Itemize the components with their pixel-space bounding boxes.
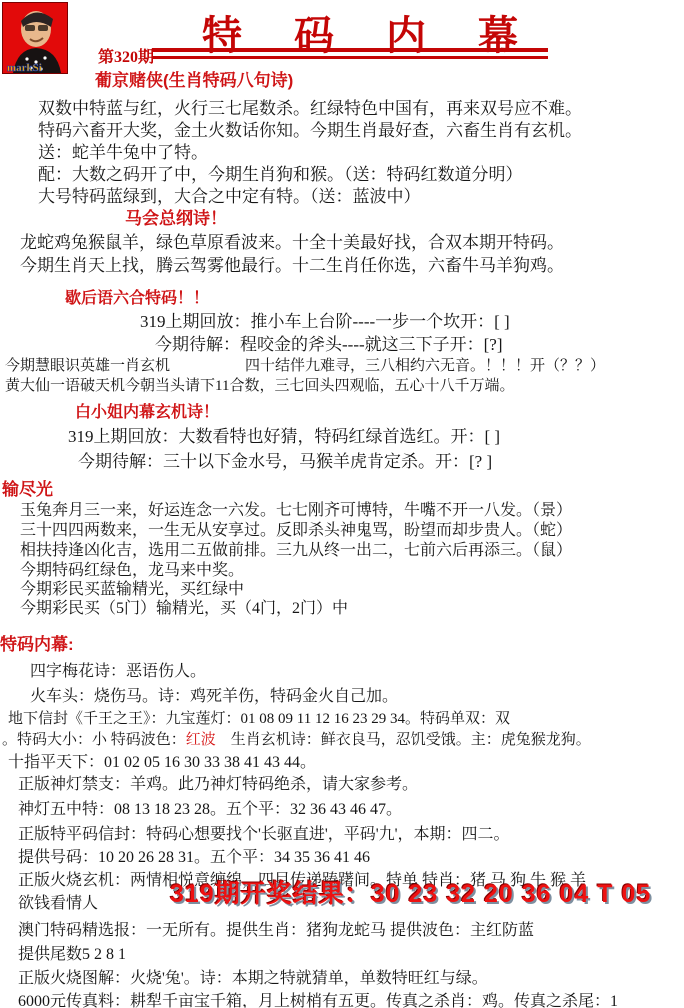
title-underline xyxy=(152,48,548,59)
neimu-dixia: 地下信封《千王之王》：九宝莲灯：01 08 09 11 12 16 23 29 … xyxy=(8,707,510,728)
daxiao-suffix: 生肖玄机诗：鲜衣良马，忍饥受饿。主：虎兔猴龙狗。 xyxy=(216,732,591,748)
section-mahui-heading: 马会总纲诗！ xyxy=(125,204,227,229)
xiehouyu-hint-2: 黄大仙一语破天机今朝当头请下11合数，三七回头四观临，五心十八千万端。 xyxy=(5,374,514,395)
draw-result-banner: 319期开奖结果：30 23 32 20 36 04 T 05 xyxy=(170,874,651,910)
baixiaojie-current: 今期待解：三十以下金水号，马猴羊虎肯定杀。开：[? ] xyxy=(78,447,492,472)
bose-value: 红波 xyxy=(186,732,216,748)
neimu-meihua: 四字梅花诗：恶语伤人。 xyxy=(30,658,206,681)
neimu-aomen: 澳门特码精选报：一无所有。提供生肖：猪狗龙蛇马 提供波色：主红防蓝 xyxy=(18,917,534,940)
section-neimu-heading: 特码内幕: xyxy=(0,630,74,655)
tip-sheet-page: { "header": { "logo": "markSi", "issue":… xyxy=(0,0,684,1008)
neimu-yuqian: 欲钱看情人 xyxy=(18,890,98,913)
neimu-tigong: 提供号码：10 20 26 28 31。五个平：34 35 36 41 46 xyxy=(18,844,370,867)
issue-number: 第320期 xyxy=(98,44,154,67)
neimu-tujie: 正版火烧图解：火烧'兔'。诗：本期之特就猜单，单数特旺红与绿。 xyxy=(18,965,488,988)
neimu-huochetou: 火车头：烧伤马。诗：鸡死羊伤，特码金火自己加。 xyxy=(30,683,398,706)
daxiao-prefix: 。特码大小：小 特码波色： xyxy=(2,732,186,748)
neimu-tepingma: 正版特平码信封：特码心想要找个'长驱直进'，平码'九'，本期：四二。 xyxy=(18,821,510,844)
neimu-shendeng-wu: 神灯五中特：08 13 18 23 28。五个平：32 36 43 46 47。 xyxy=(18,796,402,819)
neimu-daxiao: 。特码大小：小 特码波色：红波 生肖玄机诗：鲜衣良马，忍饥受饿。主：虎兔猴龙狗。 xyxy=(2,728,591,749)
section-baixiaojie-heading: 白小姐内幕玄机诗！ xyxy=(75,399,219,422)
neimu-shendeng-jin: 正版神灯禁支：羊鸡。此乃神灯特码绝杀，请大家参考。 xyxy=(18,771,418,794)
neimu-chuanzhen: 6000元传真料：耕犁千亩宝千箱，月上树梢有五更。传真之杀肖：鸡。传真之杀尾：1 xyxy=(18,988,618,1008)
section-xiehouyu-heading: 歇后语六合特码！！ xyxy=(65,285,209,308)
neimu-weishu: 提供尾数5 2 8 1 xyxy=(18,941,126,964)
baixiaojie-prev: 319上期回放：大数看特也好猜，特码红绿首选红。开：[ ] xyxy=(68,422,500,447)
masthead-logo: markSi xyxy=(2,2,68,74)
shujinguang-line: 今期彩民买（5门）输精光，买（4门，2门）中 xyxy=(20,595,348,618)
mahui-line: 今期生肖天上找，腾云驾雾他最行。十二生肖任你选，六畜牛马羊狗鸡。 xyxy=(20,251,564,276)
xiehouyu-hint-1: 今期慧眼识英雄一肖玄机 四十结伴九难寻，三八相约六无音。！！！开（？？） xyxy=(5,354,605,375)
xiehouyu-current: 今期待解：程咬金的斧头----就这三下子开：[?] xyxy=(155,330,503,355)
man-portrait-icon: markSi xyxy=(3,3,67,73)
xiehouyu-prev: 319上期回放：推小车上台阶----一步一个坎开：[ ] xyxy=(140,307,510,332)
pujing-line: 大号特码蓝绿到，大合之中定有特。（送：蓝波中） xyxy=(38,182,421,207)
neimu-shizhi: 十指平天下：01 02 05 16 30 33 38 41 43 44。 xyxy=(8,749,316,772)
section-pujing-heading: 葡京赌侠(生肖特码八句诗) xyxy=(95,66,293,91)
logo-text: markSi xyxy=(7,62,42,73)
mahui-line: 龙蛇鸡兔猴鼠羊，绿色草原看波来。十全十美最好找，合双本期开特码。 xyxy=(20,228,564,253)
